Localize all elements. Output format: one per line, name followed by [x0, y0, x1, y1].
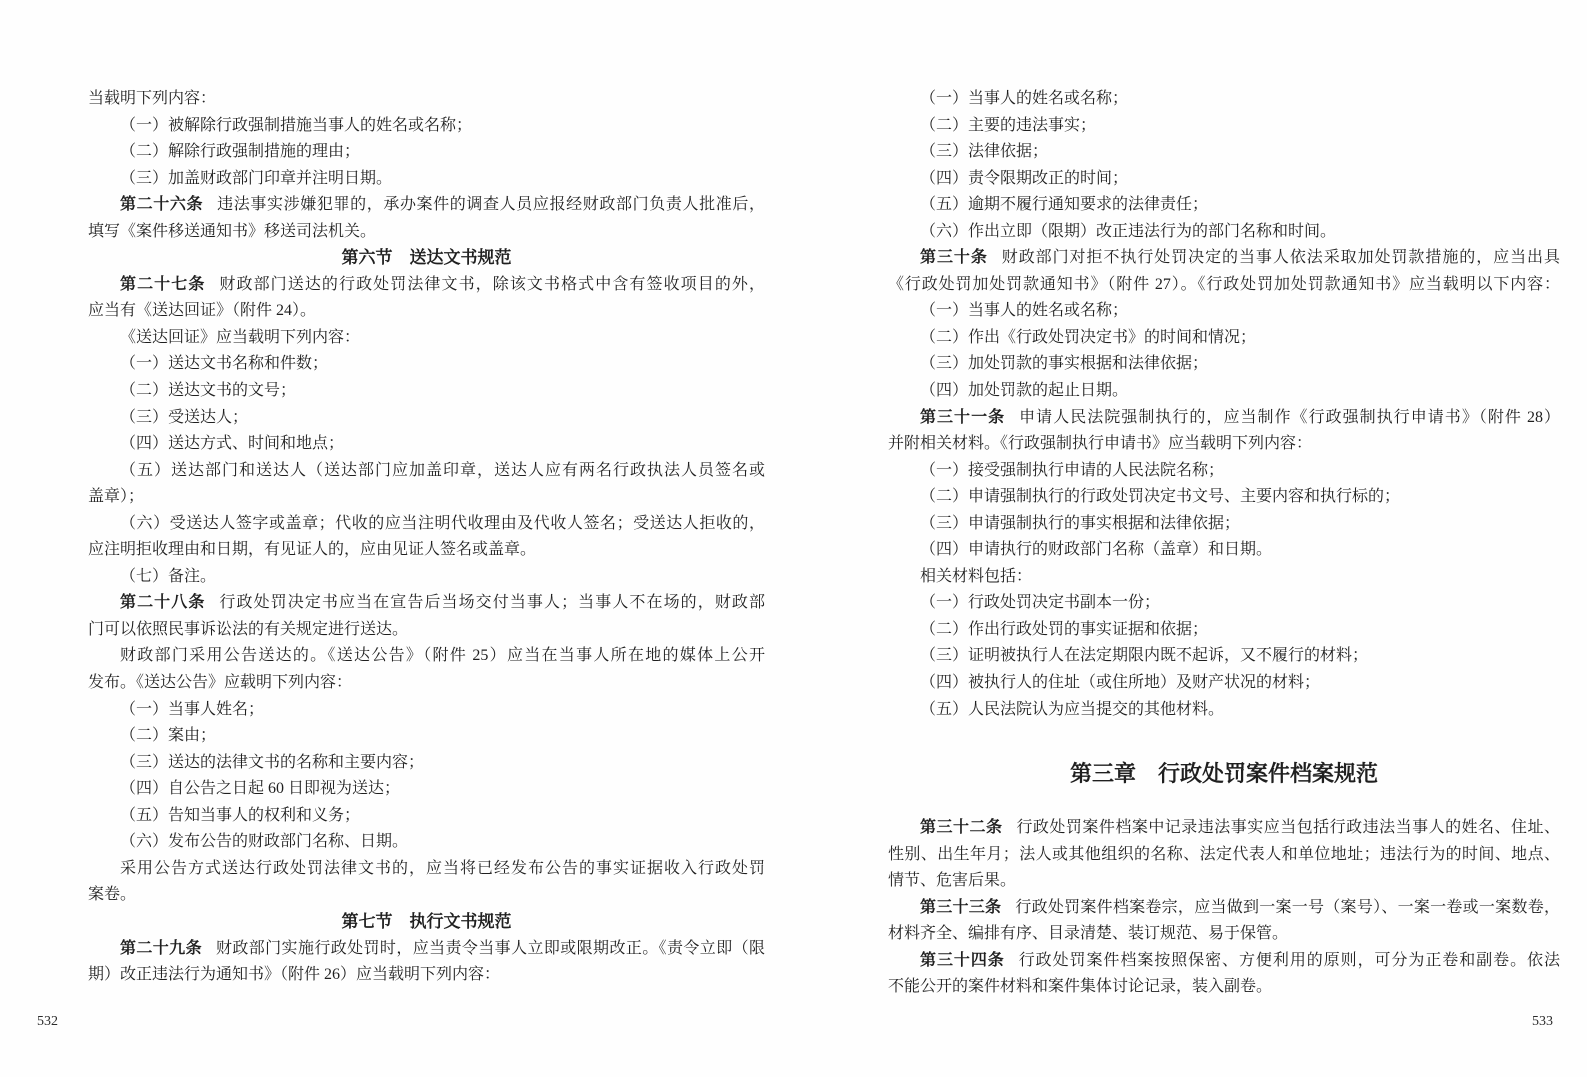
page-533-text-column: （一）当事人的姓名或名称；（二）主要的违法事实；（三）法律依据；（四）责令限期改…	[888, 86, 1560, 1001]
text-line: （二）解除行政强制措施的理由；	[88, 139, 765, 166]
text-line: 财政部门采用公告送达的。《送达公告》（附件 25）应当在当事人所在地的媒体上公开	[88, 643, 765, 670]
text-line: （四）被执行人的住址（或住所地）及财产状况的材料；	[888, 670, 1560, 697]
page-532: 当载明下列内容：（一）被解除行政强制措施当事人的姓名或名称；（二）解除行政强制措…	[0, 0, 793, 1077]
chapter-heading: 第三章 行政处罚案件档案规范	[888, 759, 1560, 789]
page-533: （一）当事人的姓名或名称；（二）主要的违法事实；（三）法律依据；（四）责令限期改…	[793, 0, 1587, 1077]
article-number: 第三十条	[920, 249, 988, 266]
text-line: 第二十六条违法事实涉嫌犯罪的，承办案件的调查人员应报经财政部门负责人批准后，	[88, 192, 765, 219]
text-line: 期）改正违法行为通知书》（附件 26）应当载明下列内容：	[88, 962, 765, 989]
text-line: 第三十三条行政处罚案件档案卷宗，应当做到一案一号（案号）、一案一卷或一案数卷，	[888, 895, 1560, 922]
text-line: （一）当事人姓名；	[88, 697, 765, 724]
text-line: 第三十四条行政处罚案件档案按照保密、方便利用的原则，可分为正卷和副卷。依法	[888, 948, 1560, 975]
text-line: （二）申请强制执行的行政处罚决定书文号、主要内容和执行标的；	[888, 484, 1560, 511]
text-line: 门可以依照民事诉讼法的有关规定进行送达。	[88, 617, 765, 644]
text-line: （四）申请执行的财政部门名称（盖章）和日期。	[888, 537, 1560, 564]
article-number: 第二十七条	[120, 276, 205, 293]
text-line: （三）加处罚款的事实根据和法律依据；	[888, 351, 1560, 378]
article-number: 第三十三条	[920, 899, 1001, 916]
text-line: 采用公告方式送达行政处罚法律文书的，应当将已经发布公告的事实证据收入行政处罚	[88, 856, 765, 883]
text-line: （六）作出立即（限期）改正违法行为的部门名称和时间。	[888, 219, 1560, 246]
text-line: （一）送达文书名称和件数；	[88, 351, 765, 378]
text-line: （五）逾期不履行通知要求的法律责任；	[888, 192, 1560, 219]
text-line: 应注明拒收理由和日期，有见证人的，应由见证人签名或盖章。	[88, 537, 765, 564]
article-number: 第二十九条	[120, 940, 202, 957]
text-line: 相关材料包括：	[888, 564, 1560, 591]
article-number: 第三十四条	[920, 952, 1005, 969]
text-line: （三）申请强制执行的事实根据和法律依据；	[888, 511, 1560, 538]
article-number: 第三十二条	[920, 819, 1002, 836]
text-line: （三）加盖财政部门印章并注明日期。	[88, 166, 765, 193]
page-number-532: 532	[37, 1014, 58, 1030]
page-532-text-column: 当载明下列内容：（一）被解除行政强制措施当事人的姓名或名称；（二）解除行政强制措…	[88, 86, 765, 989]
text-line: （二）主要的违法事实；	[888, 113, 1560, 140]
text-line: （一）当事人的姓名或名称；	[888, 298, 1560, 325]
text-line: （一）行政处罚决定书副本一份；	[888, 590, 1560, 617]
text-line: （五）人民法院认为应当提交的其他材料。	[888, 697, 1560, 724]
text-line: （二）作出《行政处罚决定书》的时间和情况；	[888, 325, 1560, 352]
text-line: （四）责令限期改正的时间；	[888, 166, 1560, 193]
book-spread: 当载明下列内容：（一）被解除行政强制措施当事人的姓名或名称；（二）解除行政强制措…	[0, 0, 1587, 1077]
text-line: 情节、危害后果。	[888, 868, 1560, 895]
section-heading: 第七节 执行文书规范	[88, 909, 765, 936]
text-line: （二）送达文书的文号；	[88, 378, 765, 405]
text-line: 第三十一条申请人民法院强制执行的，应当制作《行政强制执行申请书》（附件 28）	[888, 405, 1560, 432]
text-line: （四）自公告之日起 60 日即视为送达；	[88, 776, 765, 803]
text-line: 第二十九条财政部门实施行政处罚时，应当责令当事人立即或限期改正。《责令立即（限	[88, 936, 765, 963]
article-number: 第二十八条	[120, 594, 205, 611]
text-line: 当载明下列内容：	[88, 86, 765, 113]
text-line: 填写《案件移送通知书》移送司法机关。	[88, 219, 765, 246]
text-line: （三）证明被执行人在法定期限内既不起诉，又不履行的材料；	[888, 643, 1560, 670]
text-line: （四）加处罚款的起止日期。	[888, 378, 1560, 405]
text-line: （二）作出行政处罚的事实证据和依据；	[888, 617, 1560, 644]
text-line: 并附相关材料。《行政强制执行申请书》应当载明下列内容：	[888, 431, 1560, 458]
text-line: 盖章）；	[88, 484, 765, 511]
text-line: （一）当事人的姓名或名称；	[888, 86, 1560, 113]
text-line: 《送达回证》应当载明下列内容：	[88, 325, 765, 352]
text-line: （六）发布公告的财政部门名称、日期。	[88, 829, 765, 856]
section-heading: 第六节 送达文书规范	[88, 245, 765, 272]
text-line: （五）告知当事人的权利和义务；	[88, 803, 765, 830]
article-number: 第三十一条	[920, 409, 1005, 426]
text-line: 性别、出生年月；法人或其他组织的名称、法定代表人和单位地址；违法行为的时间、地点…	[888, 842, 1560, 869]
text-line: 第二十七条财政部门送达的行政处罚法律文书，除该文书格式中含有签收项目的外，	[88, 272, 765, 299]
text-line: 第三十条财政部门对拒不执行处罚决定的当事人依法采取加处罚款措施的，应当出具	[888, 245, 1560, 272]
text-line: （二）案由；	[88, 723, 765, 750]
text-line: （五）送达部门和送达人（送达部门应加盖印章，送达人应有两名行政执法人员签名或	[88, 458, 765, 485]
text-line: 第二十八条行政处罚决定书应当在宣告后当场交付当事人；当事人不在场的，财政部	[88, 590, 765, 617]
text-line: 第三十二条行政处罚案件档案中记录违法事实应当包括行政违法当事人的姓名、住址、	[888, 815, 1560, 842]
text-line: 案卷。	[88, 882, 765, 909]
text-line: 《行政处罚加处罚款通知书》（附件 27）。《行政处罚加处罚款通知书》应当载明以下…	[888, 272, 1560, 299]
text-line: 应当有《送达回证》（附件 24）。	[88, 298, 765, 325]
text-line: （一）接受强制执行申请的人民法院名称；	[888, 458, 1560, 485]
text-line: （七）备注。	[88, 564, 765, 591]
text-line: （四）送达方式、时间和地点；	[88, 431, 765, 458]
page-number-533: 533	[1532, 1014, 1553, 1030]
text-line: （三）法律依据；	[888, 139, 1560, 166]
text-line: （一）被解除行政强制措施当事人的姓名或名称；	[88, 113, 765, 140]
text-line: （三）送达的法律文书的名称和主要内容；	[88, 750, 765, 777]
text-line: 材料齐全、编排有序、目录清楚、装订规范、易于保管。	[888, 921, 1560, 948]
text-line: （六）受送达人签字或盖章；代收的应当注明代收理由及代收人签名；受送达人拒收的，	[88, 511, 765, 538]
article-number: 第二十六条	[120, 196, 203, 213]
text-line: 不能公开的案件材料和案件集体讨论记录，装入副卷。	[888, 974, 1560, 1001]
text-line: 发布。《送达公告》应载明下列内容：	[88, 670, 765, 697]
text-line: （三）受送达人；	[88, 405, 765, 432]
